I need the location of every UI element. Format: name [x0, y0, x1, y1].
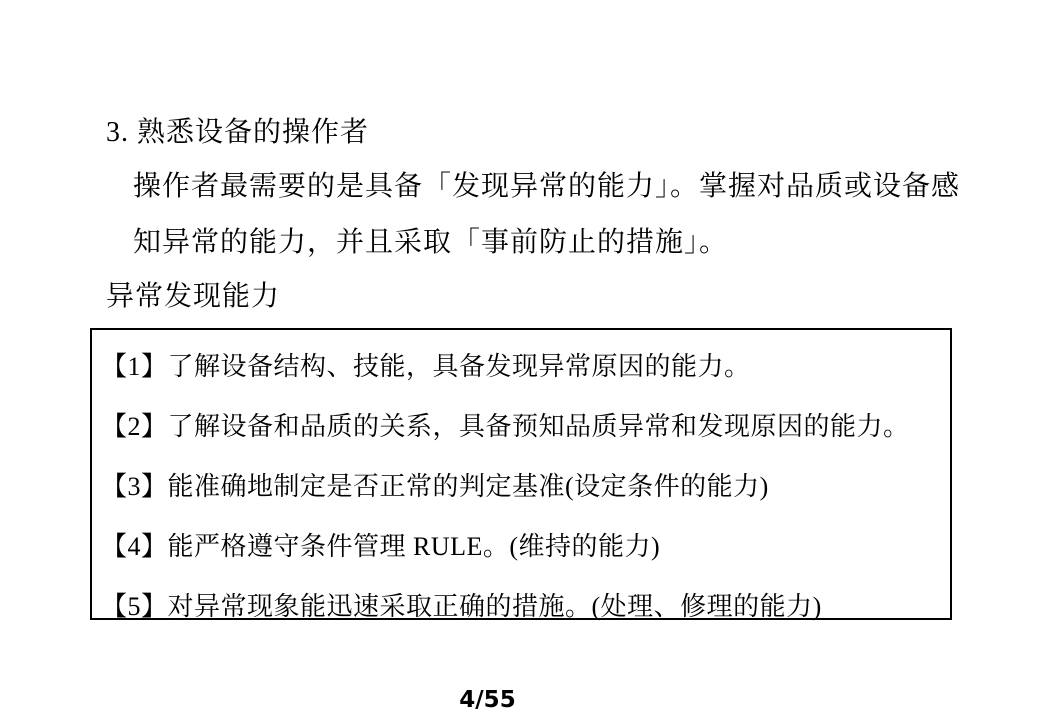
ability-item-1: 【1】了解设备结构、技能，具备发现异常原因的能力。: [101, 346, 751, 383]
slide-page: 3. 熟悉设备的操作者 操作者最需要的是具备「发现异常的能力」。掌握对品质或设备…: [0, 0, 1040, 720]
ability-item-3: 【3】能准确地制定是否正常的判定基准(设定条件的能力): [101, 466, 769, 503]
slide-heading: 3. 熟悉设备的操作者: [106, 110, 369, 150]
page-number-indicator: 4/55: [420, 687, 555, 713]
section-label: 异常发现能力: [106, 274, 280, 314]
ability-list-box: 【1】了解设备结构、技能，具备发现异常原因的能力。 【2】了解设备和品质的关系，…: [90, 328, 952, 620]
ability-item-2: 【2】了解设备和品质的关系，具备预知品质异常和发现原因的能力。: [101, 406, 910, 443]
body-text-line-1: 操作者最需要的是具备「发现异常的能力」。掌握对品质或设备感: [133, 164, 960, 204]
ability-item-4: 【4】能严格遵守条件管理 RULE。(维持的能力): [101, 526, 660, 563]
body-text-line-2: 知异常的能力，并且采取「事前防止的措施」。: [133, 220, 728, 260]
ability-item-5: 【5】对异常现象能迅速采取正确的措施。(处理、修理的能力): [101, 586, 822, 623]
